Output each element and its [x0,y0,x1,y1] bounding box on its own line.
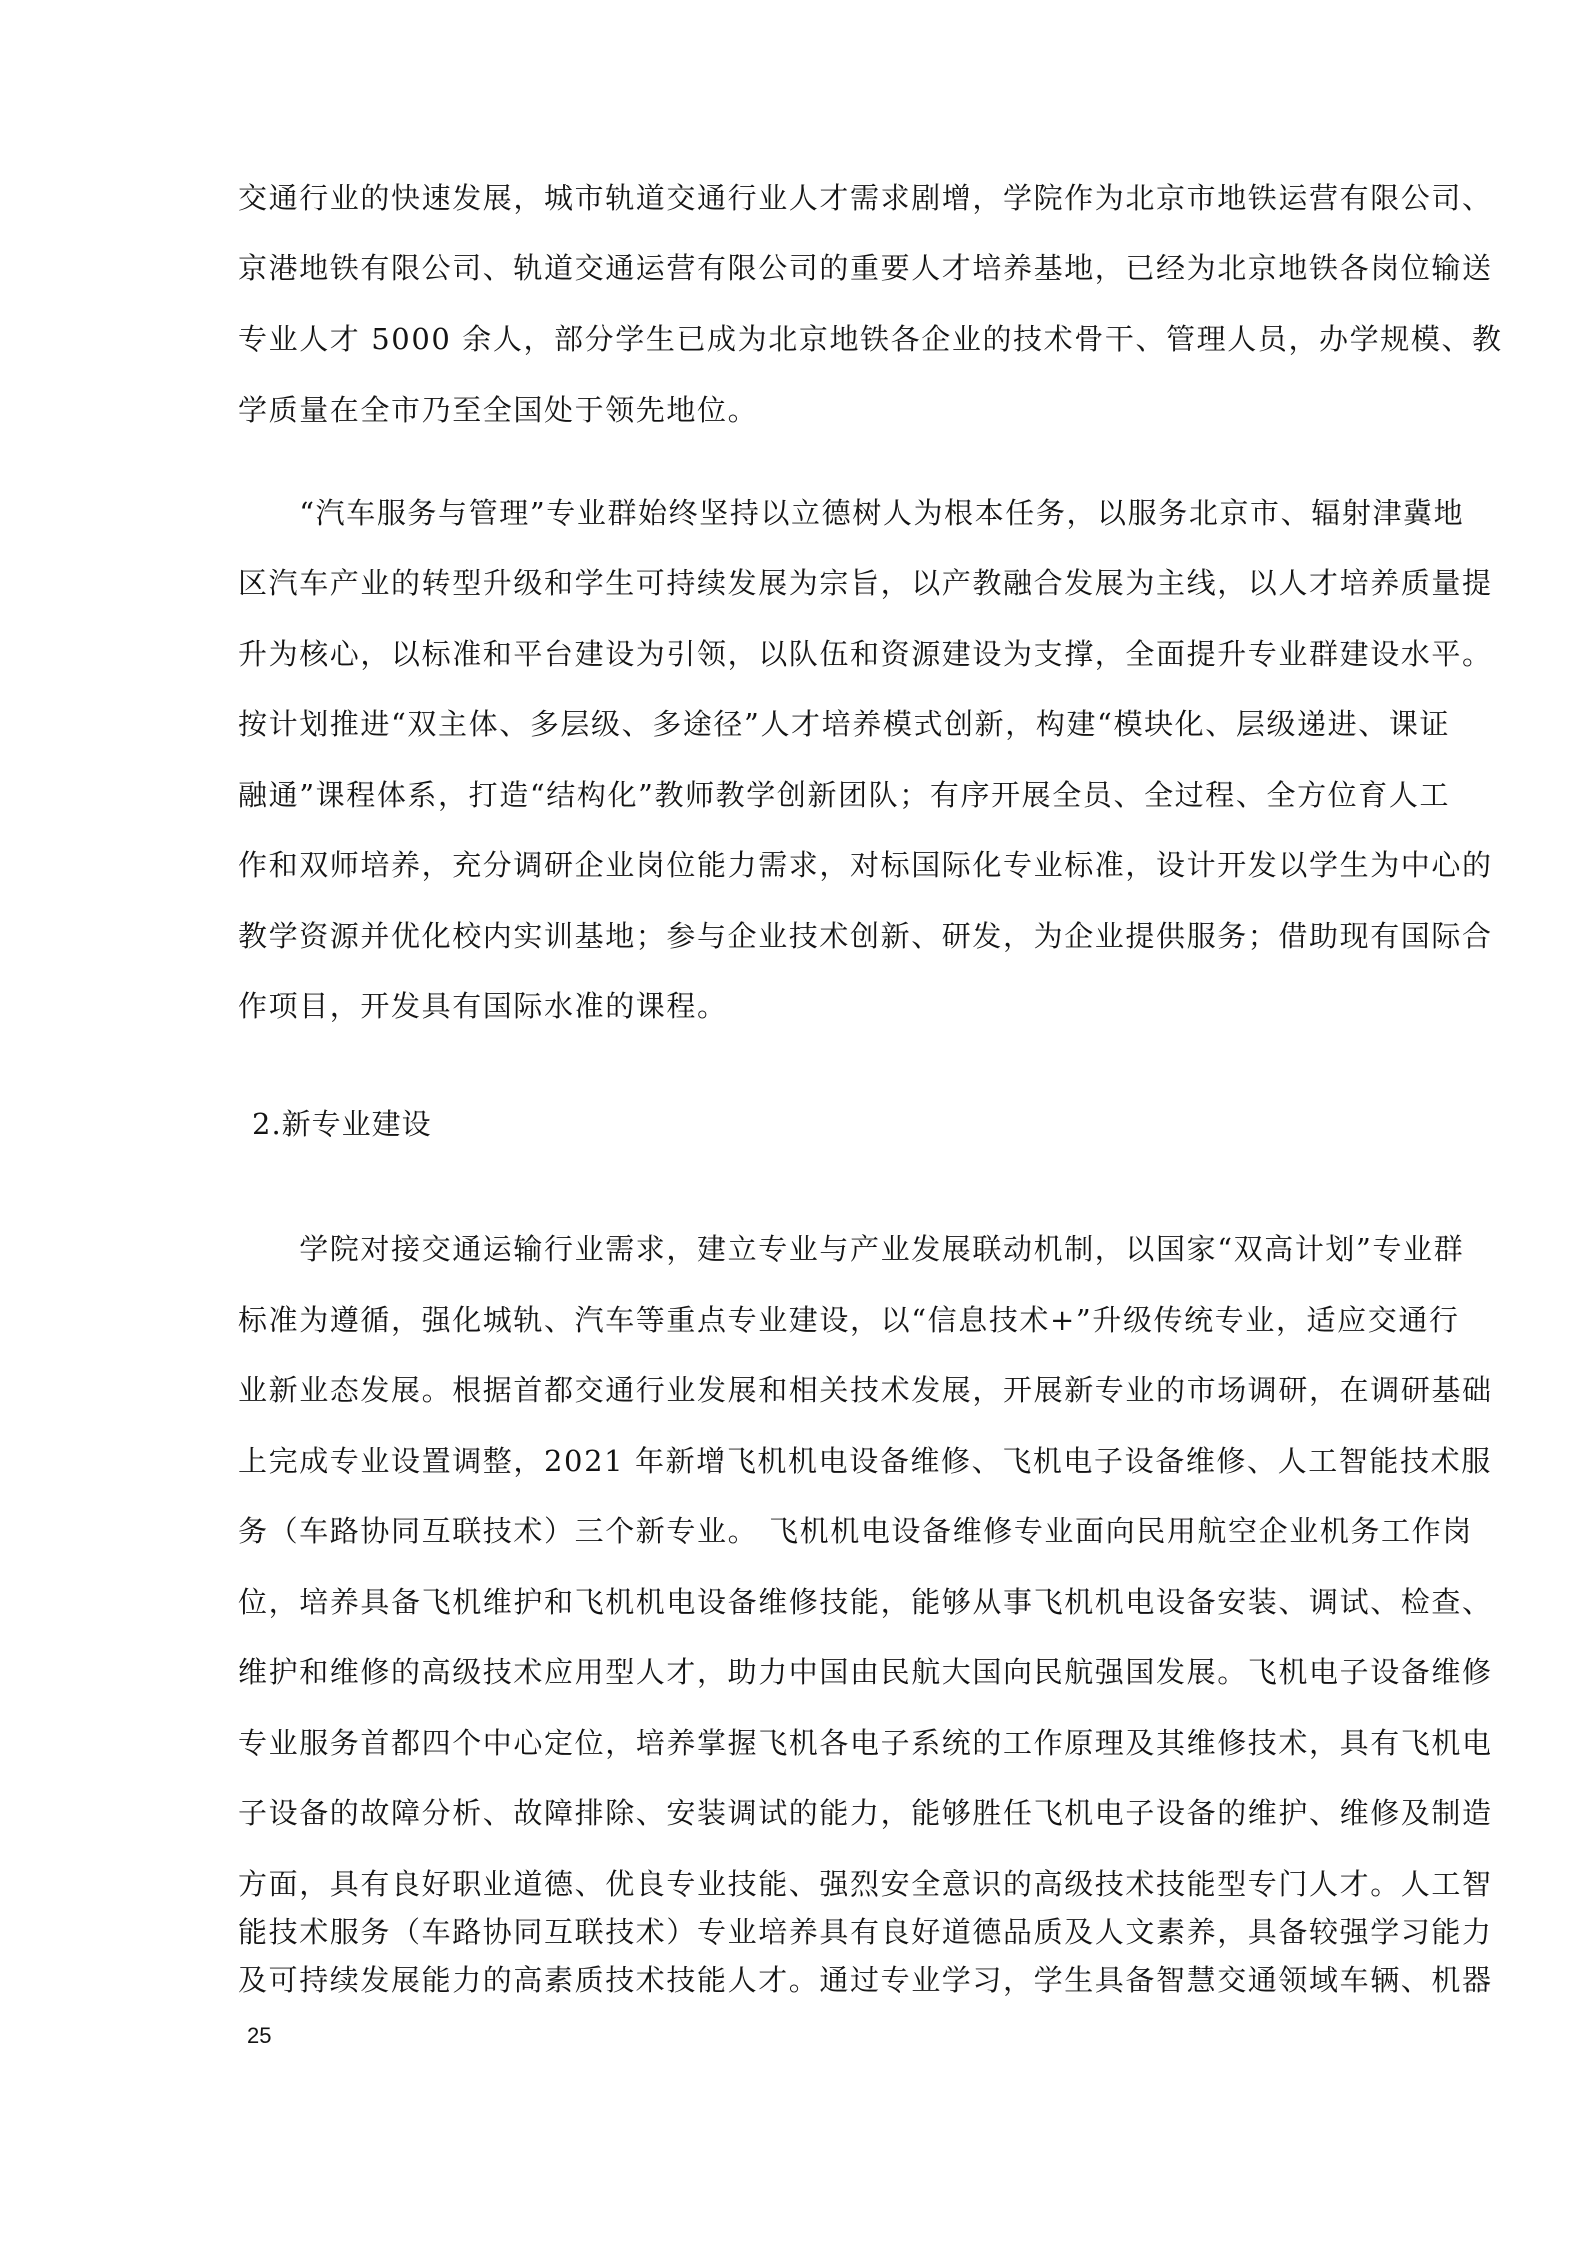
text-line: 京港地铁有限公司、轨道交通运营有限公司的重要人才培养基地，已经为北京地铁各岗位输… [238,248,1383,288]
text-line: “汽车服务与管理”专业群始终坚持以立德树人为根本任务，以服务北京市、辐射津冀地 [238,493,1383,533]
text-line: 作项目，开发具有国际水准的课程。 [238,986,1383,1026]
text-line: 交通行业的快速发展，城市轨道交通行业人才需求剧增，学院作为北京市地铁运营有限公司… [238,178,1383,218]
text-line: 上完成专业设置调整，2021 年新增飞机机电设备维修、飞机电子设备维修、人工智能… [238,1441,1383,1481]
text-line: 专业服务首都四个中心定位，培养掌握飞机各电子系统的工作原理及其维修技术，具有飞机… [238,1723,1383,1763]
text-line: 学院对接交通运输行业需求，建立专业与产业发展联动机制，以国家“双高计划”专业群 [238,1229,1383,1269]
text-line: 维护和维修的高级技术应用型人才，助力中国由民航大国向民航强国发展。飞机电子设备维… [238,1652,1383,1692]
text-line: 务（车路协同互联技术）三个新专业。 飞机机电设备维修专业面向民用航空企业机务工作… [238,1511,1383,1551]
text-line: 方面，具有良好职业道德、优良专业技能、强烈安全意识的高级技术技能型专门人才。人工… [238,1864,1383,1904]
text-line: 能技术服务（车路协同互联技术）专业培养具有良好道德品质及人文素养，具备较强学习能… [238,1912,1383,1952]
text-line: 专业人才 5000 余人，部分学生已成为北京地铁各企业的技术骨干、管理人员，办学… [238,319,1383,359]
text-line: 融通”课程体系，打造“结构化”教师教学创新团队；有序开展全员、全过程、全方位育人… [238,775,1383,815]
text-line: 按计划推进“双主体、多层级、多途径”人才培养模式创新，构建“模块化、层级递进、课… [238,704,1383,744]
text-line: 学质量在全市乃至全国处于领先地位。 [238,390,1383,430]
page-number: 25 [247,2022,271,2050]
text-line: 教学资源并优化校内实训基地；参与企业技术创新、研发，为企业提供服务；借助现有国际… [238,916,1383,956]
document-page: 交通行业的快速发展，城市轨道交通行业人才需求剧增，学院作为北京市地铁运营有限公司… [0,0,1587,2245]
text-line: 升为核心，以标准和平台建设为引领，以队伍和资源建设为支撑，全面提升专业群建设水平… [238,634,1383,674]
text-line: 业新业态发展。根据首都交通行业发展和相关技术发展，开展新专业的市场调研，在调研基… [238,1370,1383,1410]
section-heading: 2.新专业建设 [252,1104,432,1144]
text-line: 区汽车产业的转型升级和学生可持续发展为宗旨，以产教融合发展为主线，以人才培养质量… [238,563,1383,603]
text-line: 位，培养具备飞机维护和飞机机电设备维修技能，能够从事飞机机电设备安装、调试、检查… [238,1582,1383,1622]
text-line: 子设备的故障分析、故障排除、安装调试的能力，能够胜任飞机电子设备的维护、维修及制… [238,1793,1383,1833]
text-line: 及可持续发展能力的高素质技术技能人才。通过专业学习，学生具备智慧交通领域车辆、机… [238,1960,1383,2000]
text-line: 作和双师培养，充分调研企业岗位能力需求，对标国际化专业标准，设计开发以学生为中心… [238,845,1383,885]
text-line: 标准为遵循，强化城轨、汽车等重点专业建设，以“信息技术+”升级传统专业，适应交通… [238,1300,1383,1340]
